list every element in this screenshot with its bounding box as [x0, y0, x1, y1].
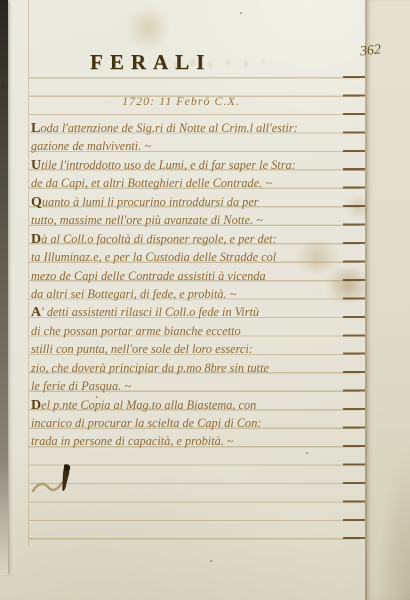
manuscript-line: zio, che doverà principiar da p.mo 8bre … [31, 359, 365, 377]
manuscript-line: incarico di procurar la scielta de Capi … [31, 414, 365, 432]
manuscript-line: mezo de Capi delle Contrade assistiti à … [31, 267, 365, 285]
adjacent-page-edge [367, 0, 410, 600]
manuscript-line: Loda l'attenzione de Sig.ri di Notte al … [31, 119, 365, 137]
manuscript-text: Loda l'attenzione de Sig.ri di Notte al … [31, 119, 365, 451]
page-edge-line [365, 0, 367, 600]
manuscript-line: A' detti assistenti rilasci il Coll.o fe… [31, 303, 365, 321]
manuscript-line: Quanto à lumi li procurino introddursi d… [31, 193, 365, 211]
manuscript-line: stilli con punta, nell'ore sole del loro… [31, 340, 365, 358]
paper-stain [126, 6, 170, 50]
paper-speck [210, 560, 212, 562]
manuscript-line: da altri sei Bottegari, di fede, e probi… [31, 285, 365, 303]
manuscript-line: tutto, massime nell'ore più avanzate di … [31, 211, 365, 229]
manuscript-page-scan: FERALI 1720: 11 Febrō C.X. Loda l'attenz… [0, 0, 410, 600]
paper-speck [240, 12, 242, 14]
ink-bleedthrough [168, 55, 268, 73]
manuscript-line: Utile l'introddotto uso de Lumi, e di fa… [31, 156, 365, 174]
manuscript-line: Del p.nte Copia al Mag.to alla Biastema,… [31, 396, 365, 414]
manuscript-line: de da Capi, et altri Botteghieri delle C… [31, 174, 365, 192]
manuscript-line: le ferie di Pasqua. ~ [31, 377, 365, 395]
manuscript-line: di che possan portar arme bianche eccett… [31, 322, 365, 340]
paper-speck [2, 84, 5, 88]
paper-sheet: FERALI 1720: 11 Febrō C.X. Loda l'attenz… [0, 0, 367, 600]
manuscript-line: Dà al Coll.o facoltà di disponer regole,… [31, 230, 365, 248]
manuscript-line: gazione de malviventi. ~ [31, 137, 365, 155]
ink-flourish-doodle [28, 461, 90, 501]
date-heading: 1720: 11 Febrō C.X. [96, 94, 266, 109]
manuscript-line: ta Illuminaz.e, e per la Custodia delle … [31, 248, 365, 266]
manuscript-line: trada in persone di capacità, e probità.… [31, 432, 365, 450]
